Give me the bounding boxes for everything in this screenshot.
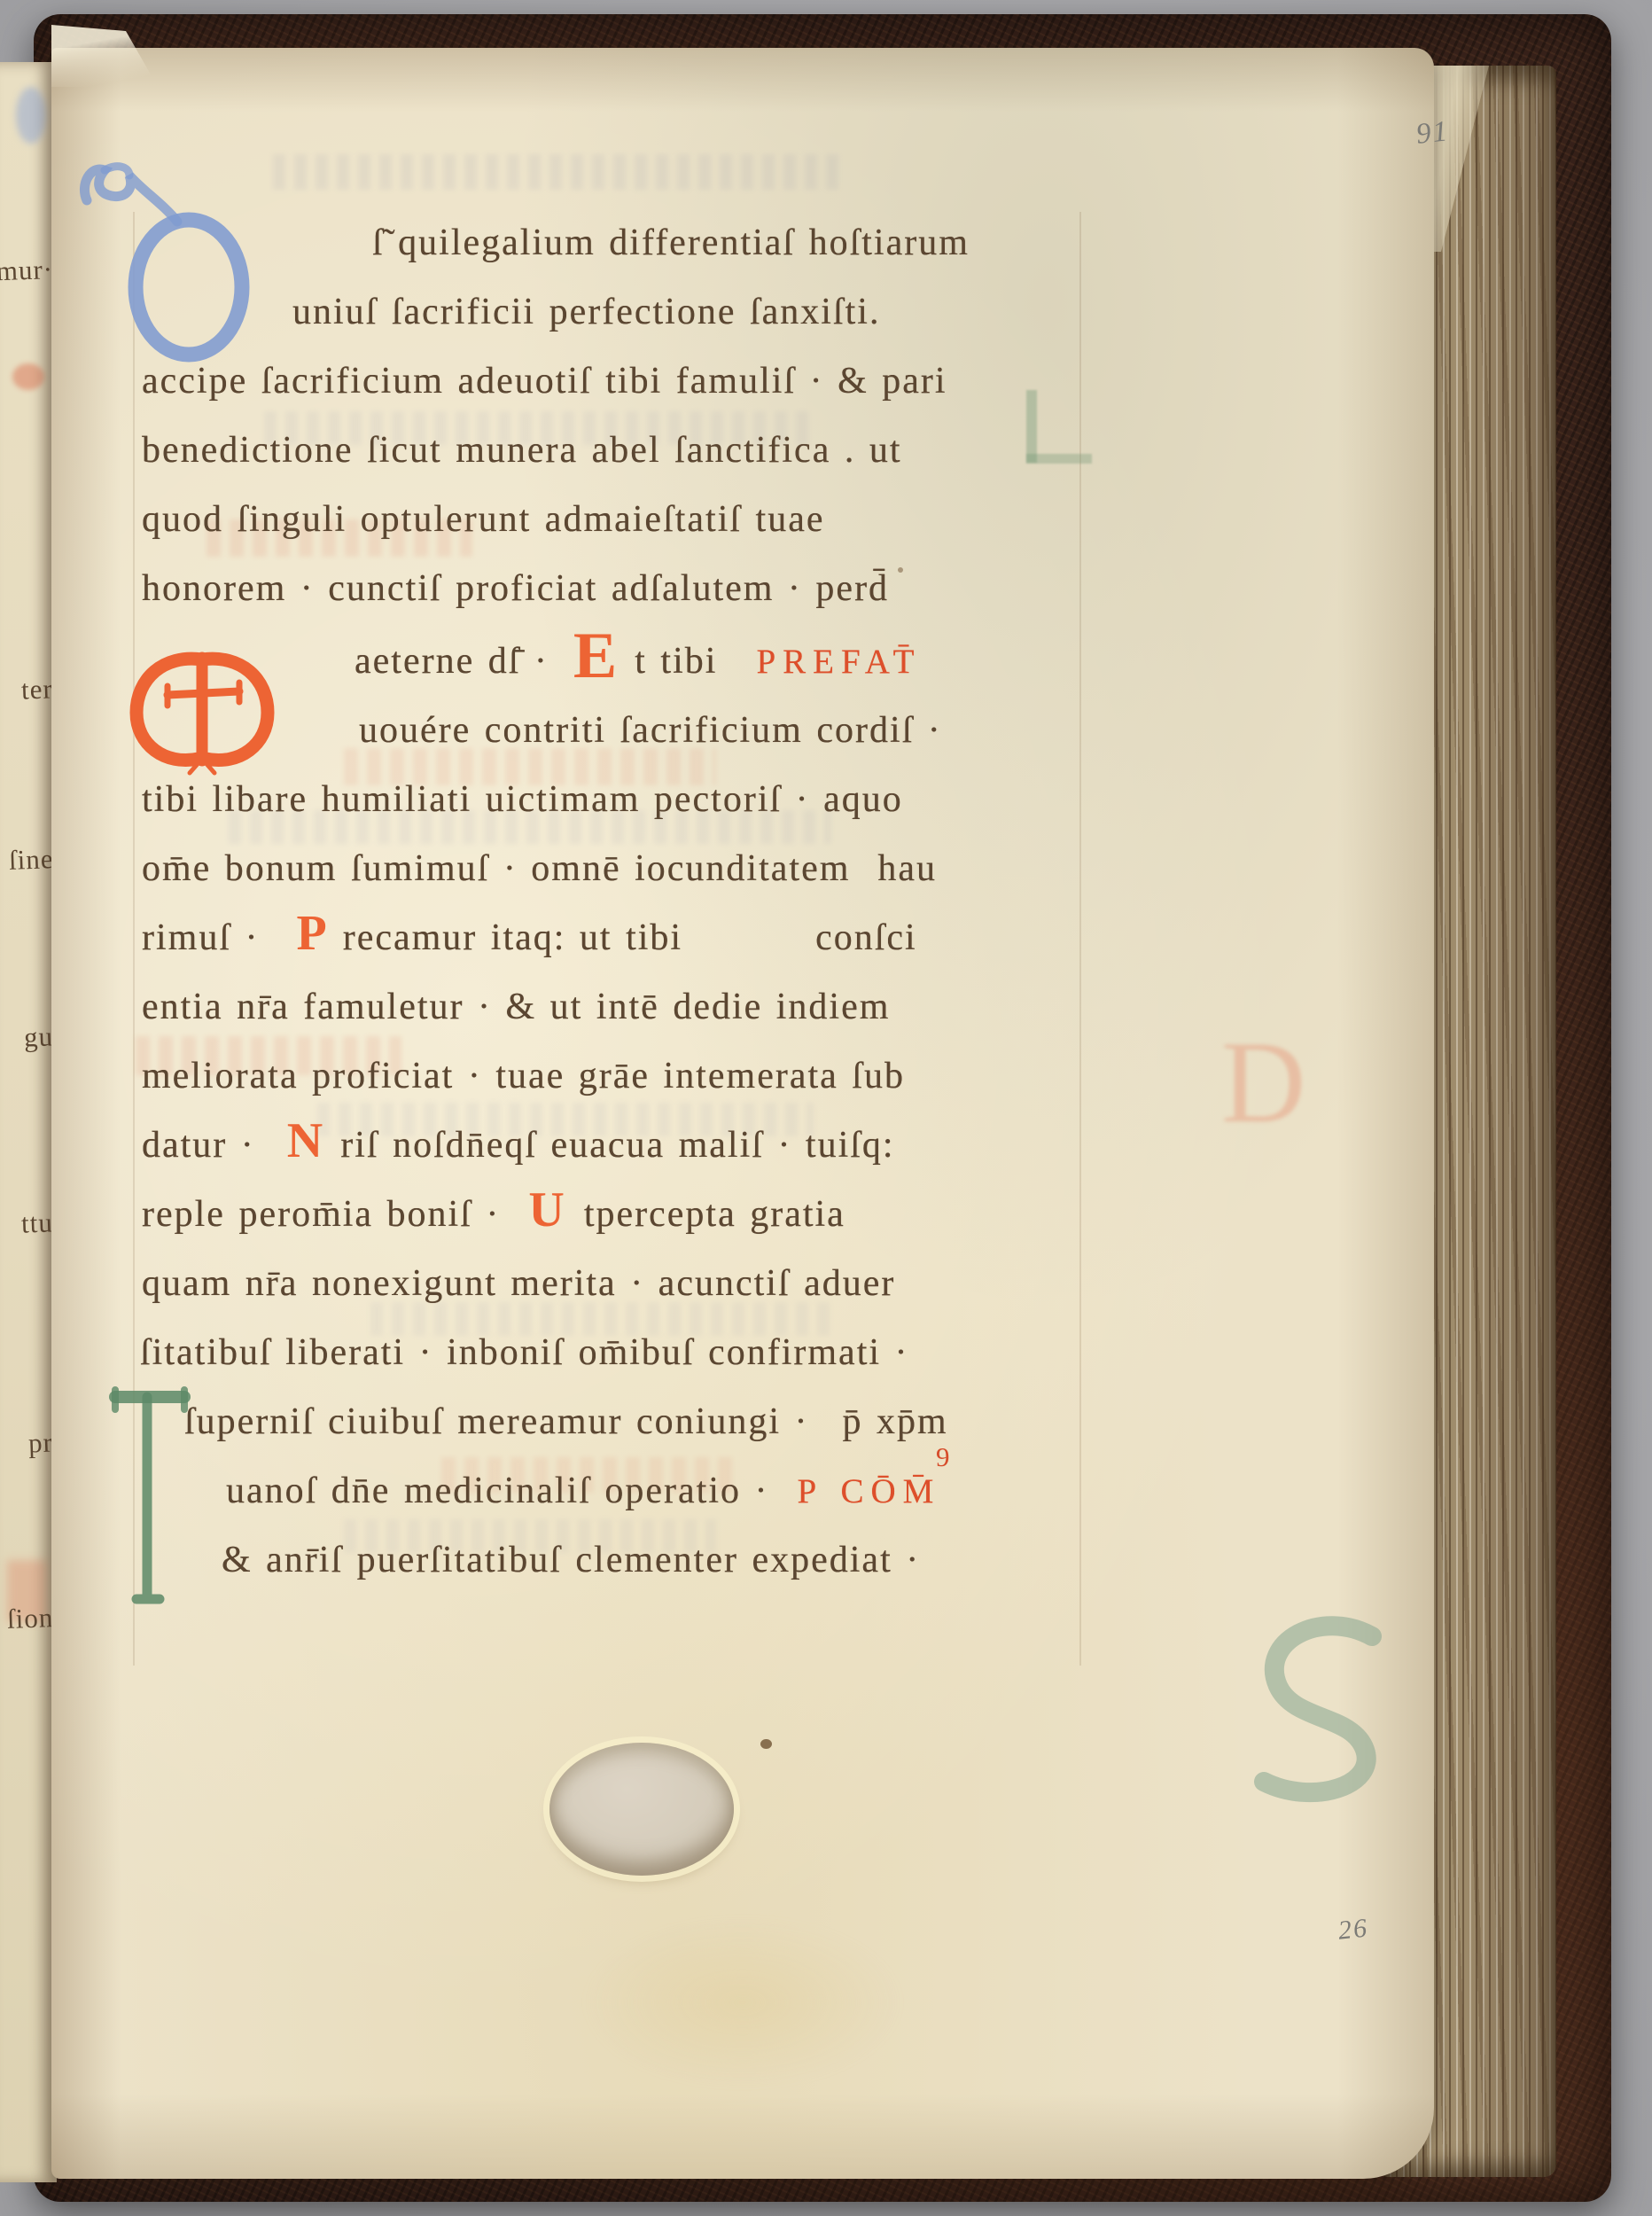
text-line: ſitatibuſ liberati · inboniſ om̄ibuſ con… xyxy=(140,1331,909,1374)
green-initial-S xyxy=(1239,1615,1399,1810)
text-line: reple perom̄ia boniſ ·Utpercepta gratia xyxy=(142,1193,845,1236)
dirt-speck xyxy=(898,567,903,573)
cutoff-text-fragment: gu xyxy=(23,1020,53,1053)
ink-text: benedictione ſicut munera abel ſanctific… xyxy=(142,430,902,471)
text-line: honorem · cunctiſ proficiat adſalutem · … xyxy=(142,567,889,610)
cutoff-text-fragment: ſine xyxy=(8,843,54,877)
facing-page-sliver[interactable]: quamur·terſineguttuprſion xyxy=(0,62,57,2182)
initial-showthrough-D: D xyxy=(1221,1014,1305,1150)
ink-text: uouére contriti ſacrificium cordiſ · xyxy=(359,710,942,751)
text-showthrough xyxy=(273,154,840,190)
cutoff-text-fragment: ter xyxy=(21,673,54,706)
text-line: meliorata proficiat · tuae grāe intemera… xyxy=(142,1055,905,1097)
blue-ink-showthrough xyxy=(16,87,46,144)
ink-text: rimuſ · xyxy=(142,917,259,958)
text-line: entia nr̄a famuletur · & ut intē dedie i… xyxy=(142,986,890,1028)
colored-initial-letter: N xyxy=(287,1113,324,1168)
ink-text: quam nr̄a nonexigunt merita · acunctiſ a… xyxy=(142,1263,895,1304)
manuscript-photo: quamur·terſineguttuprſion D xyxy=(0,0,1652,2216)
cutoff-text-fragment: pr xyxy=(28,1427,54,1460)
ink-text: honorem · cunctiſ proficiat adſalutem · … xyxy=(142,568,889,609)
rubric-text: P CŌM̄ xyxy=(797,1472,940,1510)
text-line: uouére contriti ſacrificium cordiſ · xyxy=(359,709,942,752)
text-line: om̄e bonum ſumimuſ · omnē iocunditatem h… xyxy=(142,847,937,890)
colored-initial-letter: E xyxy=(573,620,619,692)
ink-text: ſ̃ quilegalium differentiaſ hoſtiarum xyxy=(372,222,970,263)
colored-initial-letter: U xyxy=(528,1182,565,1237)
cutoff-text-fragment: ſion xyxy=(6,1602,53,1635)
green-initial-T xyxy=(110,1383,190,1613)
text-line: rimuſ ·Precamur itaq: ut tibiconſci xyxy=(142,917,917,959)
text-line: uniuſ ſacrificii perfectione ſanxiſti. xyxy=(292,291,880,333)
cutoff-text-fragment: ttu xyxy=(21,1206,54,1239)
text-line: quam nr̄a nonexigunt merita · acunctiſ a… xyxy=(142,1262,895,1305)
ink-text: reple perom̄ia boniſ · xyxy=(142,1194,500,1235)
ink-text: uanoſ dn̄e medicinaliſ operatio · xyxy=(226,1471,768,1511)
blue-initial-O xyxy=(78,145,264,367)
ink-text: entia nr̄a famuletur · & ut intē dedie i… xyxy=(142,987,890,1027)
parchment-stain xyxy=(583,1918,902,2087)
pencil-number: 26 xyxy=(1336,1913,1369,1946)
ink-text: p̄ xp̄m xyxy=(842,1401,947,1442)
parchment-hole xyxy=(549,1743,734,1876)
ink-text: uniuſ ſacrificii perfectione ſanxiſti. xyxy=(292,292,880,332)
text-line: accipe ſacrificium adeuotiſ tibi famuliſ… xyxy=(142,360,947,402)
ink-text: recamur itaq: ut tibi xyxy=(343,917,682,958)
text-line: tibi libare humiliati uictimam pectoriſ … xyxy=(142,778,903,821)
text-line: datur ·Nriſ noſdn̄eqſ euacua maliſ · tui… xyxy=(142,1124,895,1167)
dirt-speck xyxy=(760,1739,772,1749)
text-line: & anr̄iſ puerſitatibuſ clementer expedia… xyxy=(222,1539,920,1581)
text-line: ſ̃ quilegalium differentiaſ hoſtiarum xyxy=(372,222,970,264)
text-line: aeterne dſ̄ ·Et tibiPREFAT̄ xyxy=(355,640,921,683)
parchment-page[interactable]: D ſ̃ quilegalium differen xyxy=(51,48,1434,2179)
ink-text: tibi libare humiliati uictimam pectoriſ … xyxy=(142,779,903,820)
ink-text: meliorata proficiat · tuae grāe intemera… xyxy=(142,1056,905,1096)
orange-initial-monogram xyxy=(126,652,277,776)
ink-text: quod ſinguli optulerunt admaieſtatiſ tua… xyxy=(142,499,825,540)
ink-text: tpercepta gratia xyxy=(584,1194,845,1235)
ink-text: & anr̄iſ puerſitatibuſ clementer expedia… xyxy=(222,1540,920,1580)
ink-text: t tibi xyxy=(635,641,717,682)
ink-text: aeterne dſ̄ · xyxy=(355,641,549,682)
red-abbreviation-mark: 9 xyxy=(936,1441,950,1473)
folio-number: 91 xyxy=(1414,115,1451,152)
rubric-text: PREFAT̄ xyxy=(756,643,921,681)
ink-text: datur · xyxy=(142,1125,255,1166)
ink-text: conſci xyxy=(815,917,917,958)
colored-initial-letter: P xyxy=(296,906,328,961)
ink-text: om̄e bonum ſumimuſ · omnē iocunditatem h… xyxy=(142,848,937,889)
text-line: quod ſinguli optulerunt admaieſtatiſ tua… xyxy=(142,498,825,541)
ruling-line-right xyxy=(1079,212,1081,1666)
ink-text: ſuperniſ ciuibuſ mereamur coniungi · xyxy=(184,1401,808,1442)
green-offset-mark xyxy=(1026,390,1037,463)
text-line: uanoſ dn̄e medicinaliſ operatio ·P CŌM̄ xyxy=(226,1470,940,1512)
green-offset-mark xyxy=(1026,454,1092,464)
text-line: ſuperniſ ciuibuſ mereamur coniungi ·p̄ x… xyxy=(184,1401,948,1443)
cutoff-text-fragment: quamur· xyxy=(0,254,54,289)
ink-text: ſitatibuſ liberati · inboniſ om̄ibuſ con… xyxy=(140,1332,909,1373)
text-line: benedictione ſicut munera abel ſanctific… xyxy=(142,429,902,472)
ink-text: riſ noſdn̄eqſ euacua maliſ · tuiſq: xyxy=(340,1125,894,1166)
red-ink-showthrough xyxy=(12,363,44,390)
ink-text: accipe ſacrificium adeuotiſ tibi famuliſ… xyxy=(142,361,947,402)
